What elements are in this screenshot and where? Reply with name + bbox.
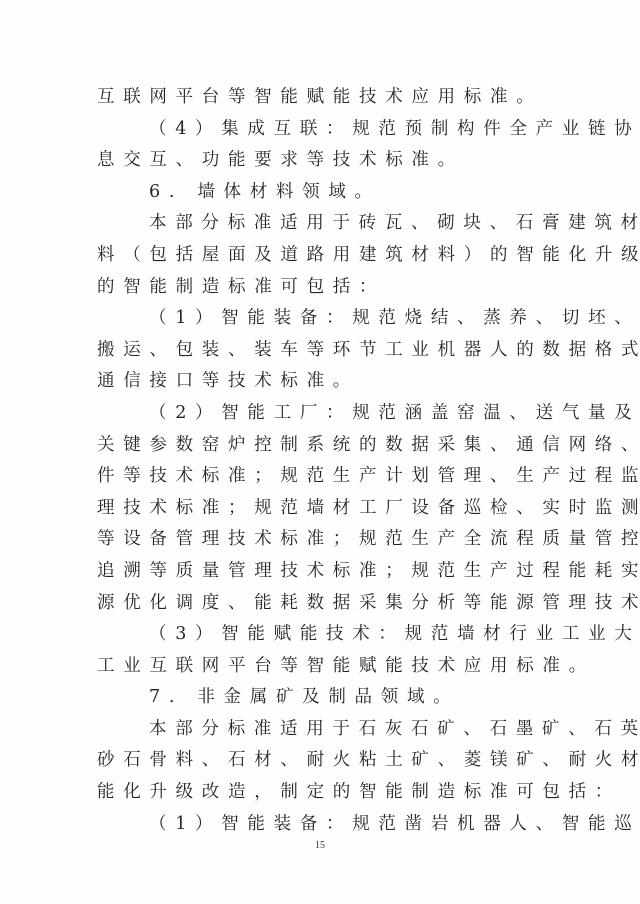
text-line: （1）智能装备：规范凿岩机器人、智能巡检机器人、	[97, 809, 545, 841]
text-line: 本部分标准适用于石灰石矿、石墨矿、石英矿、高岭土、	[97, 714, 545, 746]
text-line: 通信接口等技术标准。	[97, 366, 545, 398]
text-line: 砂石骨料、石材、耐火粘土矿、菱镁矿、耐火材料制品等智	[97, 745, 545, 777]
text-line: 件等技术标准；规范生产计划管理、生产过程监控等生产管	[97, 461, 545, 493]
document-page: 互联网平台等智能赋能技术应用标准。 （4）集成互联：规范预制构件全产业链协同管理…	[0, 0, 640, 904]
text-line: 理技术标准；规范墙材工厂设备巡检、实时监测、故障报警	[97, 493, 545, 525]
section-heading: 7. 非金属矿及制品领域。	[97, 682, 545, 714]
text-line: （2）智能工厂：规范涵盖窑温、送气量及窑车速度等	[97, 398, 545, 430]
page-number: 15	[0, 840, 640, 851]
text-line: 等设备管理技术标准；规范生产全流程质量管控、产品质量	[97, 524, 545, 556]
text-line: 搬运、包装、装车等环节工业机器人的数据格式、数据字典、	[97, 335, 545, 367]
text-line: 源优化调度、能耗数据采集分析等能源管理技术标准。	[97, 588, 545, 620]
text-line: （1）智能装备：规范烧结、蒸养、切坯、码坯、质检、	[97, 303, 545, 335]
text-line: （4）集成互联：规范预制构件全产业链协同管理、信	[97, 114, 545, 146]
text-line: 追溯等质量管理技术标准；规范生产过程能耗实时监控、能	[97, 556, 545, 588]
text-line: 关键参数窑炉控制系统的数据采集、通信网络、输入输出模	[97, 430, 545, 462]
text-line: 能化升级改造，制定的智能制造标准可包括：	[97, 777, 545, 809]
text-line: 本部分标准适用于砖瓦、砌块、石膏建筑材料等墙体材	[97, 208, 545, 240]
section-heading: 6. 墙体材料领域。	[97, 177, 545, 209]
page-body: 互联网平台等智能赋能技术应用标准。 （4）集成互联：规范预制构件全产业链协同管理…	[97, 82, 545, 840]
text-line: 料（包括屋面及道路用建筑材料）的智能化升级改造，制定	[97, 240, 545, 272]
text-line: 工业互联网平台等智能赋能技术应用标准。	[97, 651, 545, 683]
text-line: 息交互、功能要求等技术标准。	[97, 145, 545, 177]
text-line: （3）智能赋能技术：规范墙材行业工业大数据平台、	[97, 619, 545, 651]
text-line: 的智能制造标准可包括：	[97, 272, 545, 304]
text-line: 互联网平台等智能赋能技术应用标准。	[97, 82, 545, 114]
